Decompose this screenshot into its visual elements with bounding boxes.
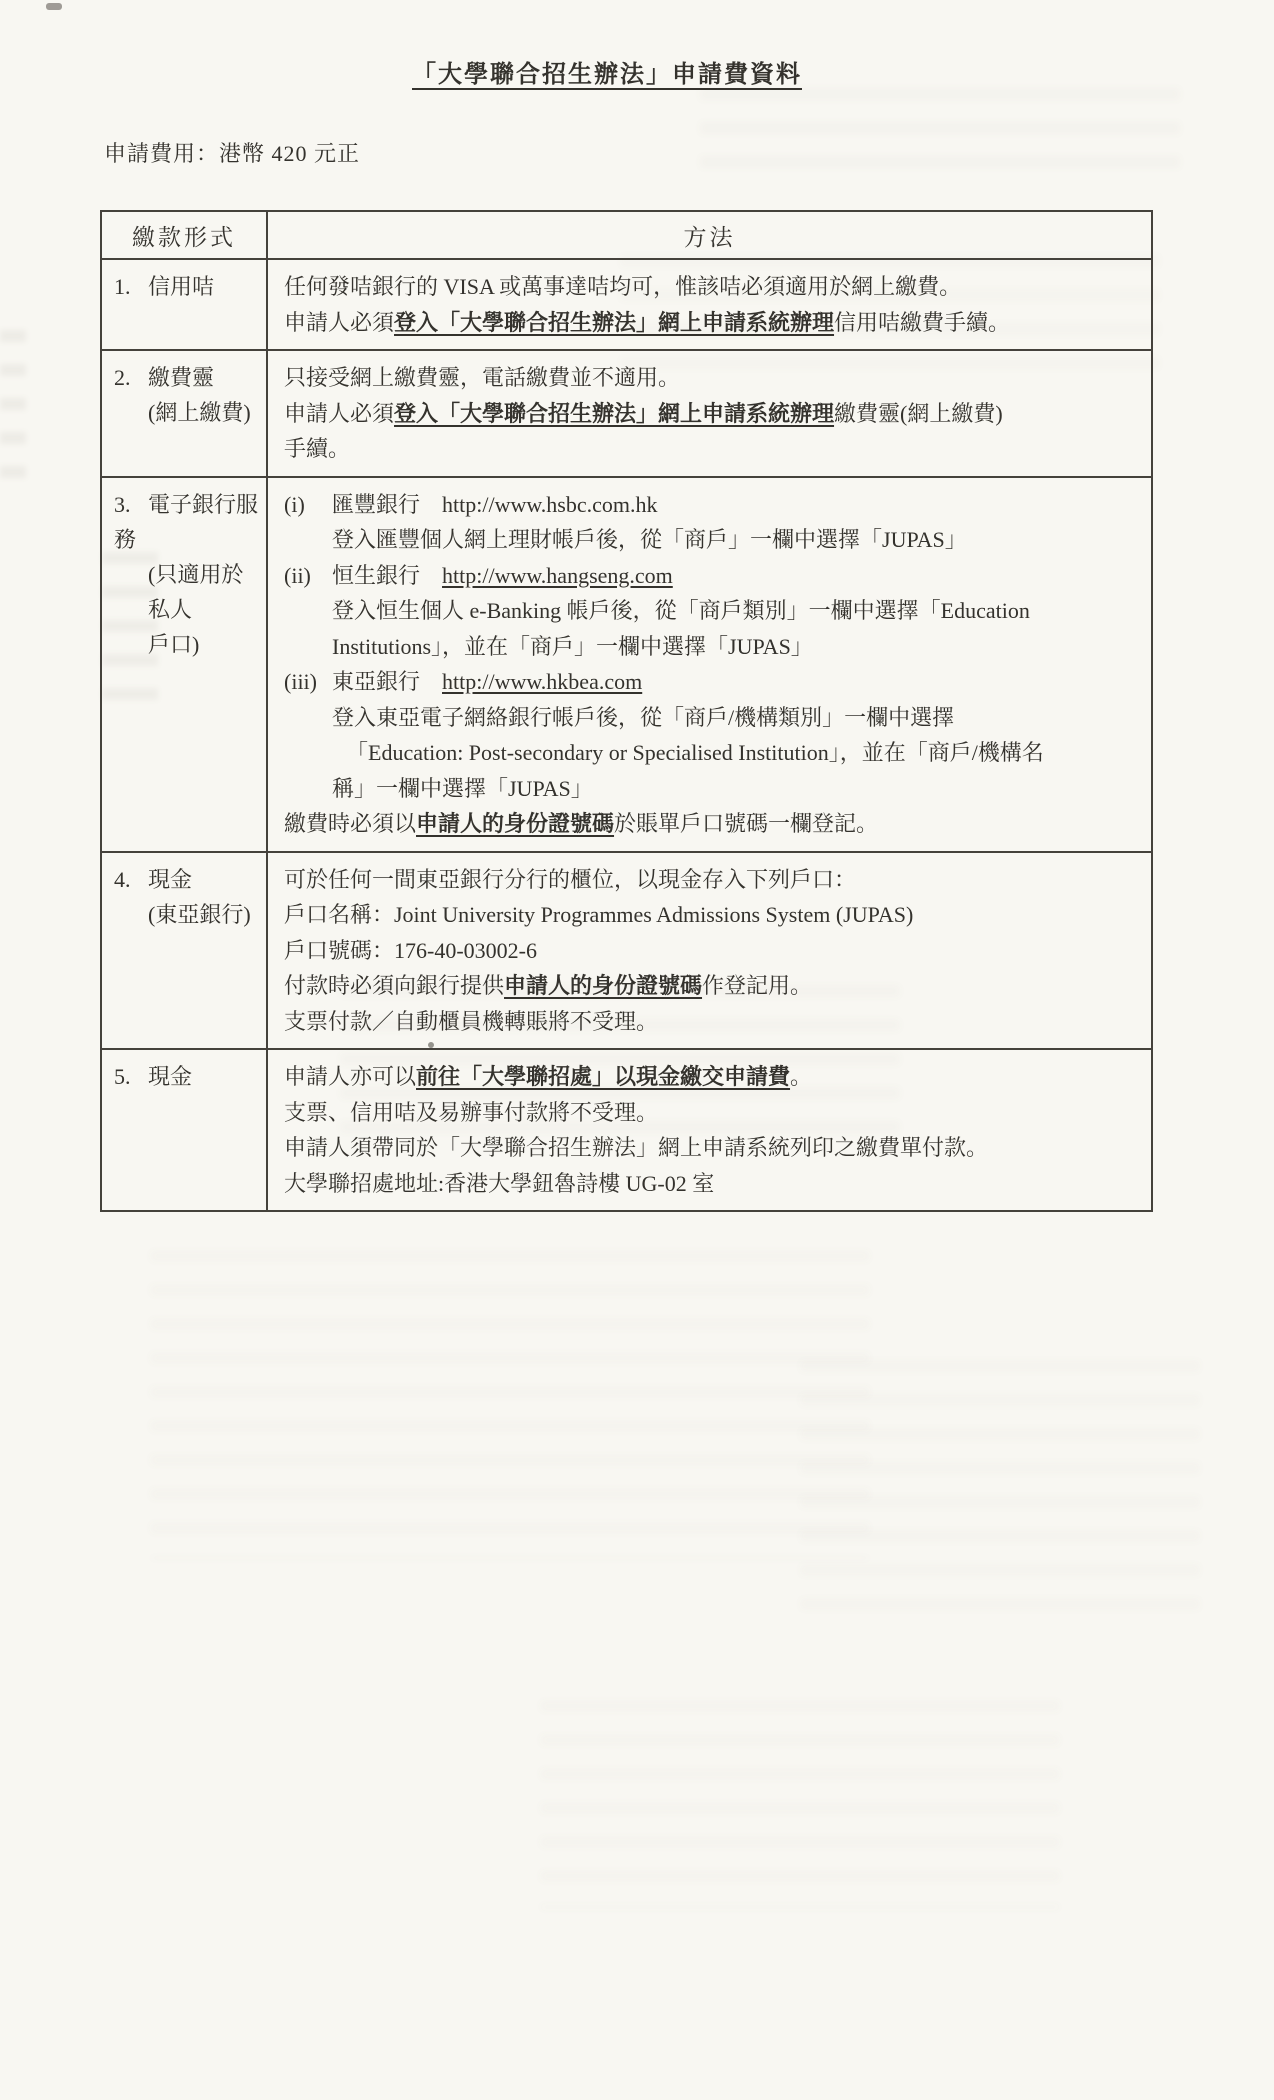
table-header-row: 繳款形式 方法 <box>101 211 1152 259</box>
method-text: 登入「大學聯合招生辦法」網上申請系統辦理 <box>394 401 834 426</box>
payment-form-label: 現金 <box>148 867 192 892</box>
method-line: 登入恒生個人 e-Banking 帳戶後，從「商戶類別」一欄中選擇「Educat… <box>284 593 1145 629</box>
method-text: 付款時必須向銀行提供 <box>284 973 504 998</box>
payment-methods-table-body: 1.信用咭任何發咭銀行的 VISA 或萬事達咭均可，惟該咭必須適用於網上繳費。申… <box>101 259 1152 1211</box>
table-row: 3.電子銀行服務(只適用於私人戶口)(i)匯豐銀行 http://www.hsb… <box>101 477 1152 852</box>
method-text: 申請人的身份證號碼 <box>416 811 614 836</box>
payment-form-cell: 4.現金(東亞銀行) <box>101 852 267 1050</box>
method-line: 戶口名稱：Joint University Programmes Admissi… <box>284 897 1145 933</box>
url-text: http://www.hsbc.com.hk <box>442 492 658 517</box>
method-text: 「Education: Post-secondary or Specialise… <box>346 740 1044 765</box>
method-text: 申請人必須 <box>284 310 394 335</box>
row-number: 5. <box>114 1059 148 1094</box>
payment-form-cell: 5.現金 <box>101 1049 267 1211</box>
row-number: 2. <box>114 360 148 395</box>
method-line: (iii)東亞銀行 http://www.hkbea.com <box>284 664 1145 700</box>
method-text: 恒生銀行 <box>332 563 442 588</box>
method-text: 只接受網上繳費靈，電話繳費並不適用。 <box>284 365 680 390</box>
method-line: 申請人必須登入「大學聯合招生辦法」網上申請系統辦理信用咭繳費手續。 <box>284 305 1145 341</box>
method-line: 戶口號碼：176-40-03002-6 <box>284 933 1145 969</box>
method-text: 手續。 <box>284 436 350 461</box>
method-line: 付款時必須向銀行提供申請人的身份證號碼作登記用。 <box>284 968 1145 1004</box>
application-fee-line: 申請費用：港幣 420 元正 <box>104 137 1274 168</box>
method-text: 於賬單戶口號碼一欄登記。 <box>614 811 878 836</box>
payment-form-line: (只適用於私人 <box>114 557 262 627</box>
method-text: 申請人的身份證號碼 <box>504 973 702 998</box>
method-text: 大學聯招處地址:香港大學鈕魯詩樓 UG-02 室 <box>284 1171 714 1196</box>
payment-form-label: 信用咭 <box>148 274 214 299</box>
row-number: 1. <box>114 269 148 304</box>
method-text: 作登記用。 <box>702 973 812 998</box>
payment-form-line: 1.信用咭 <box>114 269 262 304</box>
payment-form-line: (東亞銀行) <box>114 897 262 932</box>
method-line: 稱」一欄中選擇「JUPAS」 <box>284 771 1145 807</box>
method-text: 戶口名稱：Joint University Programmes Admissi… <box>284 902 913 927</box>
column-header-method: 方法 <box>267 211 1152 259</box>
method-line: 大學聯招處地址:香港大學鈕魯詩樓 UG-02 室 <box>284 1166 1145 1202</box>
method-cell: (i)匯豐銀行 http://www.hsbc.com.hk登入匯豐個人網上理財… <box>267 477 1152 852</box>
method-text: 稱」一欄中選擇「JUPAS」 <box>332 776 593 801</box>
method-line: 任何發咭銀行的 VISA 或萬事達咭均可，惟該咭必須適用於網上繳費。 <box>284 269 1145 305</box>
method-text: 任何發咭銀行的 VISA 或萬事達咭均可，惟該咭必須適用於網上繳費。 <box>284 274 961 299</box>
method-text: 戶口號碼：176-40-03002-6 <box>284 938 537 963</box>
method-line: 「Education: Post-secondary or Specialise… <box>284 735 1145 771</box>
payment-form-line: 4.現金 <box>114 862 262 897</box>
scanned-document-page: 「大學聯合招生辦法」申請費資料 申請費用：港幣 420 元正 繳款形式 方法 1… <box>0 0 1274 2100</box>
method-line: 申請人須帶同於「大學聯合招生辦法」網上申請系統列印之繳費單付款。 <box>284 1130 1145 1166</box>
method-text: 支票付款／自動櫃員機轉賬將不受理。 <box>284 1009 658 1034</box>
method-line: 只接受網上繳費靈，電話繳費並不適用。 <box>284 360 1145 396</box>
method-line: 支票付款／自動櫃員機轉賬將不受理。 <box>284 1004 1145 1040</box>
method-text: 登入東亞電子網絡銀行帳戶後，從「商戶/機構類別」一欄中選擇 <box>332 705 954 730</box>
document-content: 「大學聯合招生辦法」申請費資料 申請費用：港幣 420 元正 繳款形式 方法 1… <box>0 0 1274 1212</box>
method-line: Institutions」，並在「商戶」一欄中選擇「JUPAS」 <box>284 629 1145 665</box>
list-marker: (ii) <box>284 558 332 594</box>
table-row: 2.繳費靈(網上繳費)只接受網上繳費靈，電話繳費並不適用。申請人必須登入「大學聯… <box>101 350 1152 477</box>
payment-form-label: 現金 <box>148 1064 192 1089</box>
row-number: 4. <box>114 862 148 897</box>
payment-form-cell: 1.信用咭 <box>101 259 267 350</box>
method-text: 申請人必須 <box>284 401 394 426</box>
method-cell: 任何發咭銀行的 VISA 或萬事達咭均可，惟該咭必須適用於網上繳費。申請人必須登… <box>267 259 1152 350</box>
payment-form-label: 繳費靈 <box>148 365 214 390</box>
payment-methods-table: 繳款形式 方法 1.信用咭任何發咭銀行的 VISA 或萬事達咭均可，惟該咭必須適… <box>100 210 1153 1212</box>
method-text: 前往「大學聯招處」以現金繳交申請費 <box>416 1064 790 1089</box>
payment-form-line: 2.繳費靈 <box>114 360 262 395</box>
payment-form-line: 戶口) <box>114 627 262 662</box>
method-text: 申請人亦可以 <box>284 1064 416 1089</box>
url-text: http://www.hkbea.com <box>442 669 642 694</box>
method-line: 可於任何一間東亞銀行分行的櫃位，以現金存入下列戶口： <box>284 862 1145 898</box>
payment-form-line: 3.電子銀行服務 <box>114 487 262 557</box>
method-line: 登入東亞電子網絡銀行帳戶後，從「商戶/機構類別」一欄中選擇 <box>284 700 1145 736</box>
method-text: 。 <box>790 1064 812 1089</box>
method-text: 東亞銀行 <box>332 669 442 694</box>
row-number: 3. <box>114 487 148 522</box>
method-text: 匯豐銀行 <box>332 492 442 517</box>
payment-form-line: 5.現金 <box>114 1059 262 1094</box>
method-line: (i)匯豐銀行 http://www.hsbc.com.hk <box>284 487 1145 523</box>
payment-form-line: (網上繳費) <box>114 395 262 430</box>
payment-form-cell: 2.繳費靈(網上繳費) <box>101 350 267 477</box>
method-line: 手續。 <box>284 431 1145 467</box>
document-title: 「大學聯合招生辦法」申請費資料 <box>0 0 1244 89</box>
method-line: 登入匯豐個人網上理財帳戶後，從「商戶」一欄中選擇「JUPAS」 <box>284 522 1145 558</box>
method-text: 信用咭繳費手續。 <box>834 310 1010 335</box>
url-text: http://www.hangseng.com <box>442 563 673 588</box>
method-cell: 可於任何一間東亞銀行分行的櫃位，以現金存入下列戶口：戶口名稱：Joint Uni… <box>267 852 1152 1050</box>
column-header-payment-form: 繳款形式 <box>101 211 267 259</box>
method-text: 繳費時必須以 <box>284 811 416 836</box>
bleedthrough-artifact <box>540 1700 1060 1910</box>
method-text: 登入匯豐個人網上理財帳戶後，從「商戶」一欄中選擇「JUPAS」 <box>332 527 967 552</box>
method-text: 登入「大學聯合招生辦法」網上申請系統辦理 <box>394 310 834 335</box>
method-line: 申請人亦可以前往「大學聯招處」以現金繳交申請費。 <box>284 1059 1145 1095</box>
method-cell: 只接受網上繳費靈，電話繳費並不適用。申請人必須登入「大學聯合招生辦法」網上申請系… <box>267 350 1152 477</box>
table-row: 1.信用咭任何發咭銀行的 VISA 或萬事達咭均可，惟該咭必須適用於網上繳費。申… <box>101 259 1152 350</box>
method-text: 登入恒生個人 e-Banking 帳戶後，從「商戶類別」一欄中選擇「Educat… <box>332 598 1030 623</box>
method-line: 繳費時必須以申請人的身份證號碼於賬單戶口號碼一欄登記。 <box>284 806 1145 842</box>
method-text: 支票、信用咭及易辦事付款將不受理。 <box>284 1100 658 1125</box>
bleedthrough-artifact <box>800 1360 1200 1620</box>
method-text: 申請人須帶同於「大學聯合招生辦法」網上申請系統列印之繳費單付款。 <box>284 1135 988 1160</box>
list-marker: (i) <box>284 487 332 523</box>
table-row: 5.現金申請人亦可以前往「大學聯招處」以現金繳交申請費。支票、信用咭及易辦事付款… <box>101 1049 1152 1211</box>
method-line: (ii)恒生銀行 http://www.hangseng.com <box>284 558 1145 594</box>
table-row: 4.現金(東亞銀行)可於任何一間東亞銀行分行的櫃位，以現金存入下列戶口：戶口名稱… <box>101 852 1152 1050</box>
document-title-text: 「大學聯合招生辦法」申請費資料 <box>412 62 802 88</box>
method-line: 支票、信用咭及易辦事付款將不受理。 <box>284 1095 1145 1131</box>
method-text: Institutions」，並在「商戶」一欄中選擇「JUPAS」 <box>332 634 813 659</box>
method-text: 可於任何一間東亞銀行分行的櫃位，以現金存入下列戶口： <box>284 867 856 892</box>
method-line: 申請人必須登入「大學聯合招生辦法」網上申請系統辦理繳費靈(網上繳費) <box>284 396 1145 432</box>
payment-form-cell: 3.電子銀行服務(只適用於私人戶口) <box>101 477 267 852</box>
method-text: 繳費靈(網上繳費) <box>834 401 1003 426</box>
method-cell: 申請人亦可以前往「大學聯招處」以現金繳交申請費。支票、信用咭及易辦事付款將不受理… <box>267 1049 1152 1211</box>
bleedthrough-artifact <box>150 1250 870 1560</box>
list-marker: (iii) <box>284 664 332 700</box>
